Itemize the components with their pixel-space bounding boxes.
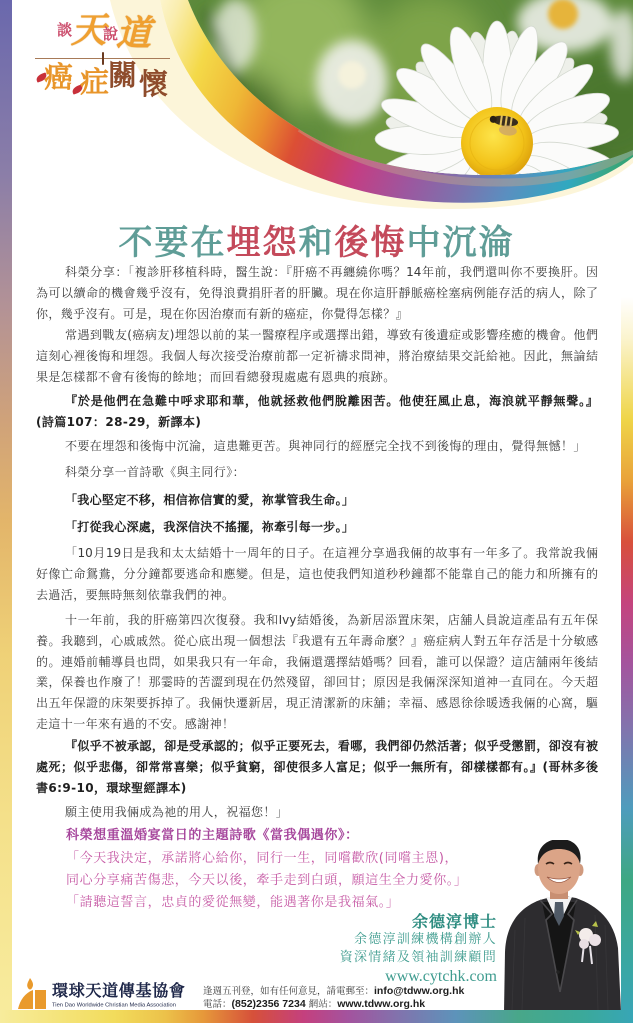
text-line: 走這十一年來有過的不安。感謝神！ bbox=[36, 714, 598, 735]
text-line: 業，保養也作廢了！那霎時的苦澀到現在仍然殘留，卻回甘；原因是我倆深深知道神一直同… bbox=[36, 672, 598, 693]
author-website-link[interactable]: www.cytchk.com bbox=[340, 967, 497, 986]
text-line: 養。我聽到，心戚戚然。從心底出現一個想法『我還有五年壽命麼？』癌症病人對五年存活… bbox=[36, 631, 598, 652]
text-line: 『於是他們在急難中呼求耶和華，他就拯救他們脫離困苦。他使狂風止息，海浪就平靜無聲… bbox=[36, 391, 598, 412]
website-label: 網站： bbox=[306, 999, 338, 1010]
hymn-intro: 科榮分享一首詩歌《與主同行》： bbox=[36, 462, 598, 483]
lyric-line: 「今天我決定，承諾將心給你，同行一生，同嚐歡欣(同嚐主恩)， bbox=[66, 848, 468, 870]
author-name: 余德淳博士 bbox=[340, 913, 497, 931]
column-logo-tick bbox=[102, 52, 104, 65]
lyric-line: 「請聽這誓言，忠貞的愛從無變，能遇著你是我福氣。」 bbox=[66, 892, 468, 914]
org-name-en: Tien Dao Worldwide Christian Media Assoc… bbox=[52, 1002, 176, 1008]
text-line: 『似乎不被承認，卻是受承認的；似乎正要死去，看哪，我們卻仍然活著；似乎受懲罰，卻… bbox=[36, 736, 598, 757]
lyric-line: 同心分享痛苦傷悲，今天以後，牽手走到白頭，願這生全力愛你。」 bbox=[66, 870, 468, 892]
column-logo-char: 關 bbox=[108, 61, 137, 90]
author-role: 資深情緒及領袖訓練顧問 bbox=[340, 949, 497, 967]
hymn-line: 「打從我心深處，我深信決不搖擺，祢牽引每一步。」 bbox=[65, 517, 354, 537]
article-title: 不要在埋怨和後悔中沉淪 bbox=[0, 221, 633, 265]
author-photo bbox=[500, 840, 625, 1012]
text-line: 為可以續命的機會幾乎沒有，免得浪費捐肝者的肝臟。現在你這肝靜脈癌栓塞病例能存活的… bbox=[36, 283, 598, 304]
text-line: 的。連婚前輔導員也問，如果我只有一年命，我倆還選擇結婚嗎？回看，誰可以保證？這店… bbox=[36, 652, 598, 673]
text-line: 願主使用我倆成為祂的用人，祝福您！」 bbox=[36, 802, 598, 823]
scripture-quote-2: 『似乎不被承認，卻是受承認的；似乎正要死去，看哪，我們卻仍然活著；似乎受懲罰，卻… bbox=[36, 736, 598, 798]
scripture-reference: 書6:9-10，環球聖經譯本) bbox=[36, 778, 598, 799]
column-logo-char: 談 bbox=[57, 23, 72, 38]
phone-label: 電話： bbox=[203, 999, 232, 1010]
phone-number: (852)2356 7234 bbox=[232, 998, 306, 1010]
paragraph-3: 不要在埋怨和後悔中沉淪，這患難更苦。與神同行的經歷完全找不到後悔的理由，覺得無憾… bbox=[36, 436, 598, 457]
text-line: 去過活，要無時無刻依靠我們的神。 bbox=[36, 585, 598, 606]
scripture-quote-1: 『於是他們在急難中呼求耶和華，他就拯救他們脫離困苦。他使狂風止息，海浪就平靜無聲… bbox=[36, 391, 598, 433]
org-logo-icon bbox=[16, 976, 48, 1010]
paragraph-4: 「10月19日是我和太太結婚十一周年的日子。在這裡分享過我倆的故事有一年多了。我… bbox=[36, 543, 598, 605]
hymn-line: 「我心堅定不移，相信祢信實的愛，祢掌管我生命。」 bbox=[65, 490, 354, 510]
paragraph-1: 科榮分享：「複診肝移植科時，醫生說：『肝癌不再纏繞你嗎？14年前，我們還叫你不要… bbox=[36, 262, 598, 324]
footer-contact-line-1: 逢週五刊登，如有任何意見，請電郵至：info@tdww.org.hk bbox=[203, 985, 464, 998]
column-logo-char: 道 bbox=[116, 16, 151, 51]
text-line: 科榮分享：「複診肝移植科時，醫生說：『肝癌不再纏繞你嗎？14年前，我們還叫你不要… bbox=[36, 262, 598, 283]
text-line: 你，幾乎沒有。可是，現在你因治療而有新的癌症，你覺得怎樣？』 bbox=[36, 304, 598, 325]
text-line: 處死；似乎悲傷，卻常常喜樂；似乎貧窮，卻使很多人富足；似乎一無所有，卻樣樣都有。… bbox=[36, 757, 598, 778]
text-line: 十一年前，我的肝癌第四次復發。我和Ivy結婚後，為新居添置床架，店舖人員說這產品… bbox=[36, 610, 598, 631]
song-lyrics: 「今天我決定，承諾將心給你，同行一生，同嚐歡欣(同嚐主恩)， 同心分享痛苦傷悲，… bbox=[66, 848, 468, 914]
text-line: 出五年保證的床架要拆掉了。我倆快遷新居，現正清潔新的床舖；幸福、感恩徐徐暖透我倆… bbox=[36, 693, 598, 714]
publish-note: 逢週五刊登，如有任何意見，請電郵至： bbox=[203, 986, 374, 997]
text-line: 好像亡命鴛鴦，分分鐘都要逃命和應變。但是，這也使我們知道秒秒鐘都不能靠自己的能力… bbox=[36, 564, 598, 585]
article-page: 談 天 說 道 癌 症 關 懷 不要在埋怨和後悔中沉淪 科榮分享：「複診肝移植科… bbox=[0, 0, 633, 1023]
text-line: 常遇到戰友(癌病友)埋怨以前的某一醫療程序或選擇出錯，導致有後遺症或影響痊癒的機… bbox=[36, 325, 598, 346]
text-line: 果是怎樣都不會有後悔的餘地；而回看總發現處處有恩典的痕跡。 bbox=[36, 367, 598, 388]
column-logo: 談 天 說 道 癌 症 關 懷 bbox=[0, 0, 180, 105]
column-logo-char: 天 bbox=[71, 13, 106, 48]
column-logo-char: 懷 bbox=[139, 70, 168, 99]
website-link[interactable]: www.tdww.org.hk bbox=[337, 998, 425, 1010]
scripture-reference: (詩篇107：28-29，新譯本) bbox=[36, 412, 598, 433]
bottom-gradient-bar bbox=[0, 1010, 633, 1023]
text-line: 不要在埋怨和後悔中沉淪，這患難更苦。與神同行的經歷完全找不到後悔的理由，覺得無憾… bbox=[36, 436, 598, 457]
text-line: 科榮分享一首詩歌《與主同行》： bbox=[36, 462, 598, 483]
email-link[interactable]: info@tdww.org.hk bbox=[374, 985, 464, 997]
org-name-cn: 環球天道傳基協會 bbox=[52, 982, 186, 1000]
title-part: 中沉淪 bbox=[407, 223, 515, 263]
song-heading: 科榮想重溫婚宴當日的主題詩歌《當我偶遇你》： bbox=[66, 826, 359, 847]
closing-paragraph: 願主使用我倆成為祂的用人，祝福您！」 bbox=[36, 802, 598, 823]
title-accent: 後悔 bbox=[335, 223, 407, 263]
author-block: 余德淳博士 余德淳訓練機構創辦人 資深情緒及領袖訓練顧問 www.cytchk.… bbox=[340, 913, 497, 986]
paragraph-5: 十一年前，我的肝癌第四次復發。我和Ivy結婚後，為新居添置床架，店舖人員說這產品… bbox=[36, 610, 598, 735]
author-role: 余德淳訓練機構創辦人 bbox=[340, 931, 497, 949]
title-part: 不要在 bbox=[119, 223, 227, 263]
column-logo-char: 癌 bbox=[44, 63, 73, 92]
title-accent: 埋怨 bbox=[227, 223, 299, 263]
column-logo-char: 症 bbox=[80, 68, 109, 97]
text-line: 「10月19日是我和太太結婚十一周年的日子。在這裡分享過我倆的故事有一年多了。我… bbox=[36, 543, 598, 564]
title-part: 和 bbox=[299, 223, 335, 263]
text-line: 這刻心裡後悔和埋怨。我個人每次接受治療前都一定祈禱求問神，將治療結果交託給祂。因… bbox=[36, 346, 598, 367]
paragraph-2: 常遇到戰友(癌病友)埋怨以前的某一醫療程序或選擇出錯，導致有後遺症或影響痊癒的機… bbox=[36, 325, 598, 387]
